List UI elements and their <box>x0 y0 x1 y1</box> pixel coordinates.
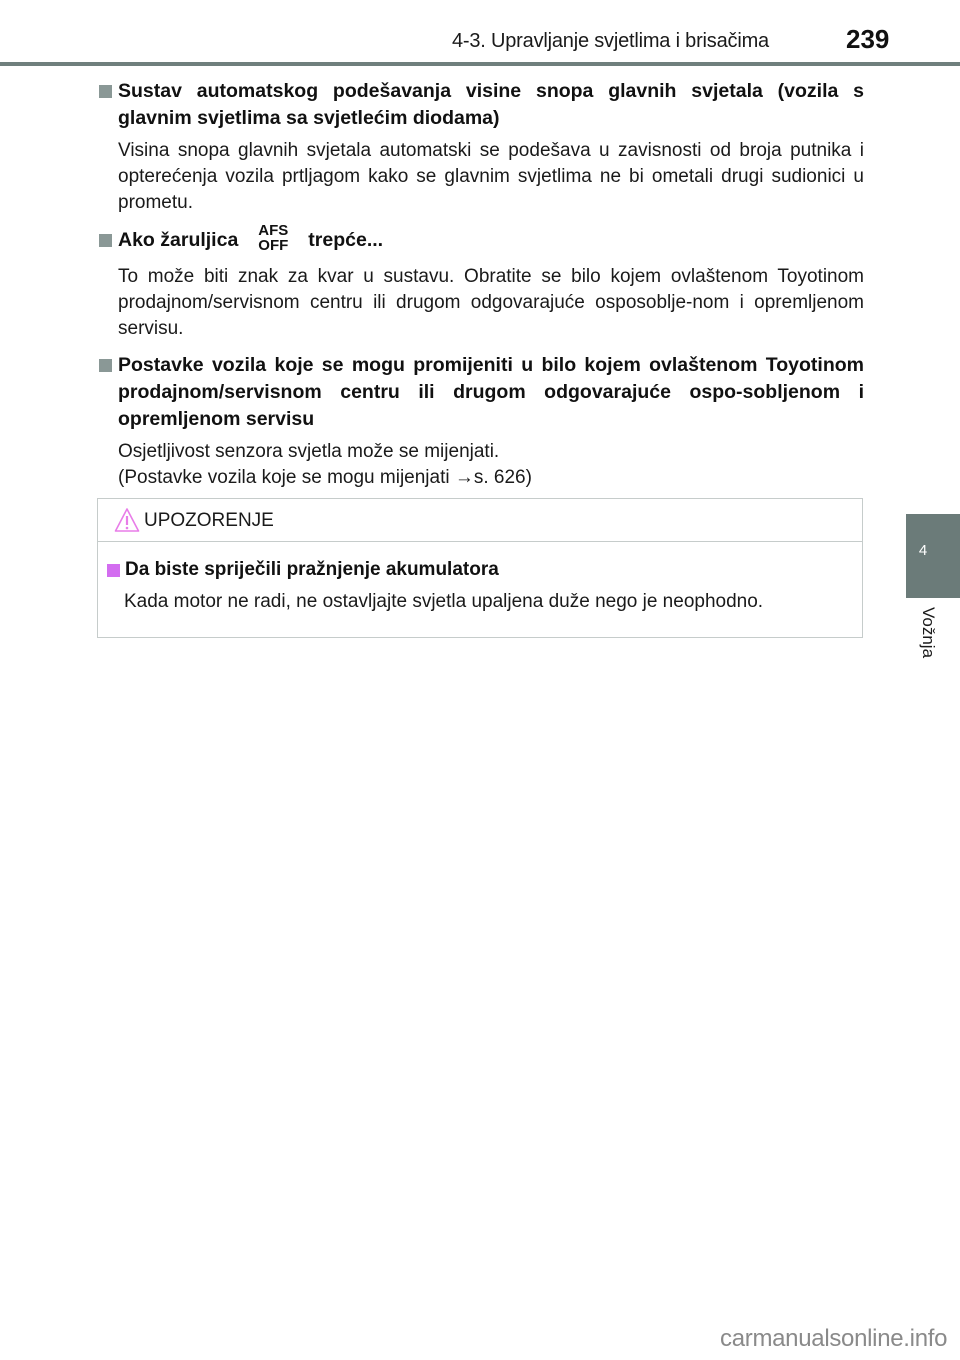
warning-title: UPOZORENJE <box>144 510 274 532</box>
warning-header: UPOZORENJE <box>98 499 862 542</box>
chapter-tab[interactable]: 4 <box>906 514 960 598</box>
page-reference-link[interactable]: (Postavke vozila koje se mogu mijenjati … <box>118 465 864 491</box>
page-number: 239 <box>846 24 889 55</box>
section-body: Osjetljivost senzora svjetla može se mij… <box>96 439 864 491</box>
warning-box: UPOZORENJE Da biste spriječili pražnjenj… <box>97 498 863 638</box>
header-divider <box>0 62 960 66</box>
section-customizable-settings: Postavke vozila koje se mogu promijeniti… <box>96 352 864 491</box>
section-heading: Ako žaruljicaAFSOFFtrepće... <box>96 227 864 254</box>
warning-heading: Da biste spriječili pražnjenje akumulato… <box>103 559 499 581</box>
chapter-number: 4 <box>906 542 940 559</box>
bullet-square-icon <box>99 234 112 247</box>
afs-off-indicator-icon: AFSOFF <box>258 223 288 253</box>
section-afs-indicator: Ako žaruljicaAFSOFFtrepće... To može bit… <box>96 227 864 342</box>
watermark: carmanualsonline.info <box>720 1325 947 1353</box>
section-body: To može biti znak za kvar u sustavu. Obr… <box>96 264 864 342</box>
bullet-square-icon <box>99 85 112 98</box>
section-heading: Sustav automatskog podešavanja visine sn… <box>96 78 864 132</box>
warning-triangle-icon <box>114 507 140 533</box>
section-heading: Postavke vozila koje se mogu promijeniti… <box>96 352 864 433</box>
chapter-label: Vožnja <box>918 607 938 658</box>
bullet-square-icon <box>99 359 112 372</box>
bullet-square-icon <box>107 564 120 577</box>
section-body: Visina snopa glavnih svjetala automatski… <box>96 138 864 216</box>
section-auto-leveling: Sustav automatskog podešavanja visine sn… <box>96 78 864 216</box>
section-title: 4-3. Upravljanje svjetlima i brisačima <box>452 30 769 53</box>
warning-text: Kada motor ne radi, ne ostavljajte svjet… <box>124 591 763 613</box>
page-header: 4-3. Upravljanje svjetlima i brisačima 2… <box>0 0 960 66</box>
